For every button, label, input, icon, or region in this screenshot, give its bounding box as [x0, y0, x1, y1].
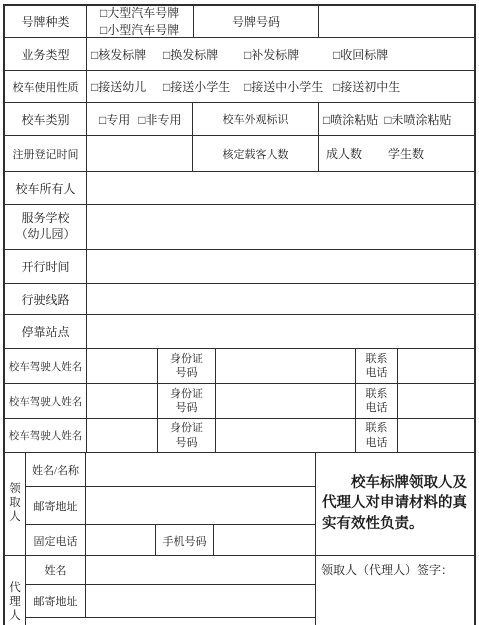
driver-name-label: 校车驾驶人姓名 — [9, 428, 83, 443]
plate-number-label-cell: 号牌号码 — [194, 6, 319, 37]
row-serving-school: 服务学校 （幼儿园） — [5, 205, 474, 250]
driver-id-label-line2: 号码 — [176, 366, 198, 380]
driving-route-label-cell: 行驶线路 — [5, 284, 87, 314]
checkbox-large-vehicle-plate: □大型汽车号牌 — [100, 6, 179, 22]
bus-category-label: 校车类别 — [21, 111, 69, 128]
driver-phone-label-cell: 联系 电话 — [356, 419, 398, 452]
usage-nature-label: 校车使用性质 — [13, 79, 79, 95]
agent-name-row: 姓名 — [26, 556, 315, 585]
driving-route-value-cell — [87, 284, 474, 314]
row-driver-1: 校车驾驶人姓名 身份证 号码 联系 电话 — [5, 349, 474, 384]
driver-phone-label-line2: 电话 — [366, 366, 388, 380]
checkbox-primary-students: □接送小学生 — [163, 78, 244, 95]
agent-address-value-cell — [86, 585, 315, 617]
recipient-agent-area: 领取人 姓名/名称 邮寄地址 固定电话 — [5, 453, 316, 625]
registration-time-value-cell — [87, 136, 193, 171]
recipient-mobile-label: 手机号码 — [163, 533, 207, 549]
checkbox-primary-middle-students: □接送中小学生 — [244, 78, 333, 95]
recipient-phone-row: 固定电话 手机号码 — [26, 525, 315, 556]
exterior-marking-options-cell: □喷涂粘贴 □未喷涂粘贴 — [319, 103, 474, 135]
recipient-side-label-cell: 领取人 — [5, 453, 26, 555]
row-driving-route: 行驶线路 — [5, 284, 474, 315]
recipient-name-value-cell — [86, 453, 315, 486]
row-registration: 注册登记时间 核定载客人数 成人数 学生数 — [5, 136, 474, 172]
driver-phone-label-cell: 联系 电话 — [356, 349, 398, 383]
row-driver-3: 校车驾驶人姓名 身份证 号码 联系 电话 — [5, 419, 474, 453]
agent-address-row: 邮寄地址 — [26, 585, 315, 618]
driver-phone-value-cell — [398, 419, 474, 452]
checkbox-non-dedicated: □非专用 — [138, 111, 181, 128]
driver-phone-value-cell — [398, 384, 474, 418]
driver-id-label-cell: 身份证 号码 — [158, 419, 216, 452]
owner-label: 校车所有人 — [15, 180, 75, 197]
signature-cell: 领取人（代理人）签字： — [316, 556, 474, 625]
recipient-side-label: 领取人 — [9, 483, 22, 524]
driver-name-label: 校车驾驶人姓名 — [9, 359, 83, 374]
driver-phone-value-cell — [398, 349, 474, 383]
driver-phone-label-line1: 联系 — [366, 352, 388, 366]
checkbox-dedicated: □专用 — [99, 111, 130, 128]
bus-category-options-cell: □专用 □非专用 — [87, 103, 193, 135]
row-bus-category: 校车类别 □专用 □非专用 校车外观标识 □喷涂粘贴 □未喷涂粘贴 — [5, 103, 474, 136]
responsibility-notice-text: 校车标牌领取人及代理人对申请材料的真实有效性负责。 — [322, 473, 469, 534]
form-table: 号牌种类 □大型汽车号牌 □小型汽车号牌 号牌号码 业务类型 □核发标牌 □换发… — [3, 4, 476, 625]
recipient-address-value-cell — [86, 487, 315, 524]
recipient-mobile-value-cell — [214, 525, 315, 556]
owner-value-cell — [87, 172, 474, 204]
recipient-address-label-cell: 邮寄地址 — [26, 487, 86, 524]
registration-time-label: 注册登记时间 — [13, 146, 79, 162]
driver-name-label-cell: 校车驾驶人姓名 — [5, 384, 87, 418]
driver-id-label-line1: 身份证 — [170, 387, 203, 401]
operating-time-label-cell: 开行时间 — [5, 250, 87, 283]
agent-section: 代理人 姓名 邮寄地址 — [5, 556, 315, 625]
checkbox-renew-plate: □换发标牌 — [163, 46, 244, 63]
stops-label: 停靠站点 — [21, 323, 69, 340]
checkbox-recall-plate: □收回标牌 — [333, 46, 388, 63]
bus-category-label-cell: 校车类别 — [5, 103, 87, 135]
serving-school-label-cell: 服务学校 （幼儿园） — [5, 205, 87, 249]
row-usage-nature: 校车使用性质 □接送幼儿 □接送小学生 □接送中小学生 □接送初中生 — [5, 71, 474, 103]
serving-school-label-line1: 服务学校 — [21, 211, 69, 227]
agent-address-label: 邮寄地址 — [34, 593, 78, 609]
driver-name-value-cell — [87, 419, 158, 452]
checkbox-preschool-children: □接送幼儿 — [91, 78, 163, 95]
driver-phone-label-line1: 联系 — [366, 387, 388, 401]
driver-id-label-line1: 身份证 — [170, 352, 203, 366]
checkbox-small-vehicle-plate: □小型汽车号牌 — [100, 22, 179, 38]
row-driver-2: 校车驾驶人姓名 身份证 号码 联系 电话 — [5, 384, 474, 419]
agent-section-cutoff-filler — [26, 618, 315, 625]
driver-name-value-cell — [87, 384, 158, 418]
plate-number-value-cell — [319, 6, 474, 37]
recipient-address-label: 邮寄地址 — [34, 498, 78, 514]
agent-name-value-cell — [86, 556, 315, 584]
recipient-tel-value-cell — [86, 525, 156, 556]
plate-type-options-cell: □大型汽车号牌 □小型汽车号牌 — [87, 6, 194, 37]
bottom-block: 领取人 姓名/名称 邮寄地址 固定电话 — [5, 453, 474, 625]
business-type-options-cell: □核发标牌 □换发标牌 □补发标牌 □收回标牌 — [87, 38, 474, 70]
responsibility-notice-cell: 校车标牌领取人及代理人对申请材料的真实有效性负责。 — [316, 453, 474, 556]
recipient-tel-label: 固定电话 — [34, 533, 78, 549]
plate-type-label-cell: 号牌种类 — [5, 6, 87, 37]
row-operating-time: 开行时间 — [5, 250, 474, 284]
registration-time-label-cell: 注册登记时间 — [5, 136, 87, 171]
checkbox-reissue-plate: □补发标牌 — [244, 46, 333, 63]
driver-id-value-cell — [216, 419, 356, 452]
serving-school-value-cell — [87, 205, 474, 249]
operating-time-value-cell — [87, 250, 474, 283]
driver-phone-label-line1: 联系 — [366, 421, 388, 435]
signature-label: 领取人（代理人）签字： — [321, 563, 453, 577]
driver-phone-label-cell: 联系 电话 — [356, 384, 398, 418]
checkbox-junior-students: □接送初中生 — [333, 78, 400, 95]
agent-name-label-cell: 姓名 — [26, 556, 86, 584]
business-type-label: 业务类型 — [21, 46, 69, 63]
recipient-mobile-label-cell: 手机号码 — [156, 525, 214, 556]
driver-name-label: 校车驾驶人姓名 — [9, 394, 83, 409]
recipient-name-row: 姓名/名称 — [26, 453, 315, 487]
driving-route-label: 行驶线路 — [21, 291, 69, 308]
agent-side-label-cell: 代理人 — [5, 556, 26, 625]
driver-id-label-line1: 身份证 — [170, 421, 203, 435]
agent-address-label-cell: 邮寄地址 — [26, 585, 86, 617]
plate-type-label: 号牌种类 — [21, 13, 69, 30]
driver-id-value-cell — [216, 349, 356, 383]
stops-value-cell — [87, 315, 474, 348]
driver-id-value-cell — [216, 384, 356, 418]
plate-number-label: 号牌号码 — [232, 13, 280, 30]
driver-name-label-cell: 校车驾驶人姓名 — [5, 419, 87, 452]
driver-id-label-cell: 身份证 号码 — [158, 349, 216, 383]
capacity-label: 核定载客人数 — [223, 146, 289, 162]
students-count-label: 学生数 — [388, 145, 424, 162]
row-owner: 校车所有人 — [5, 172, 474, 205]
recipient-name-label: 姓名/名称 — [32, 462, 79, 478]
usage-nature-options-cell: □接送幼儿 □接送小学生 □接送中小学生 □接送初中生 — [87, 71, 474, 102]
right-column: 校车标牌领取人及代理人对申请材料的真实有效性负责。 领取人（代理人）签字： — [316, 453, 474, 625]
checkbox-painted-pasted: □喷涂粘贴 — [323, 111, 378, 128]
stops-label-cell: 停靠站点 — [5, 315, 87, 348]
owner-label-cell: 校车所有人 — [5, 172, 87, 204]
checkbox-not-painted-pasted: □未喷涂粘贴 — [384, 111, 451, 128]
driver-id-label-line2: 号码 — [176, 436, 198, 450]
driver-phone-label-line2: 电话 — [366, 436, 388, 450]
agent-side-label: 代理人 — [9, 556, 22, 623]
adults-count-label: 成人数 — [326, 145, 388, 162]
driver-id-label-line2: 号码 — [176, 401, 198, 415]
recipient-name-label-cell: 姓名/名称 — [26, 453, 86, 486]
driver-id-label-cell: 身份证 号码 — [158, 384, 216, 418]
recipient-tel-label-cell: 固定电话 — [26, 525, 86, 556]
capacity-values-cell: 成人数 学生数 — [319, 136, 474, 171]
exterior-marking-label-cell: 校车外观标识 — [193, 103, 319, 135]
recipient-address-row: 邮寄地址 — [26, 487, 315, 525]
exterior-marking-label: 校车外观标识 — [223, 111, 289, 127]
row-stops: 停靠站点 — [5, 315, 474, 349]
driver-name-label-cell: 校车驾驶人姓名 — [5, 349, 87, 383]
row-plate-type: 号牌种类 □大型汽车号牌 □小型汽车号牌 号牌号码 — [5, 6, 474, 38]
agent-name-label: 姓名 — [45, 562, 67, 578]
driver-phone-label-line2: 电话 — [366, 401, 388, 415]
checkbox-issue-plate: □核发标牌 — [91, 46, 163, 63]
capacity-label-cell: 核定载客人数 — [193, 136, 319, 171]
operating-time-label: 开行时间 — [21, 258, 69, 275]
serving-school-label-line2: （幼儿园） — [15, 227, 75, 243]
business-type-label-cell: 业务类型 — [5, 38, 87, 70]
school-bus-plate-application-form: 号牌种类 □大型汽车号牌 □小型汽车号牌 号牌号码 业务类型 □核发标牌 □换发… — [0, 0, 479, 625]
row-business-type: 业务类型 □核发标牌 □换发标牌 □补发标牌 □收回标牌 — [5, 38, 474, 71]
usage-nature-label-cell: 校车使用性质 — [5, 71, 87, 102]
driver-name-value-cell — [87, 349, 158, 383]
recipient-section: 领取人 姓名/名称 邮寄地址 固定电话 — [5, 453, 315, 556]
